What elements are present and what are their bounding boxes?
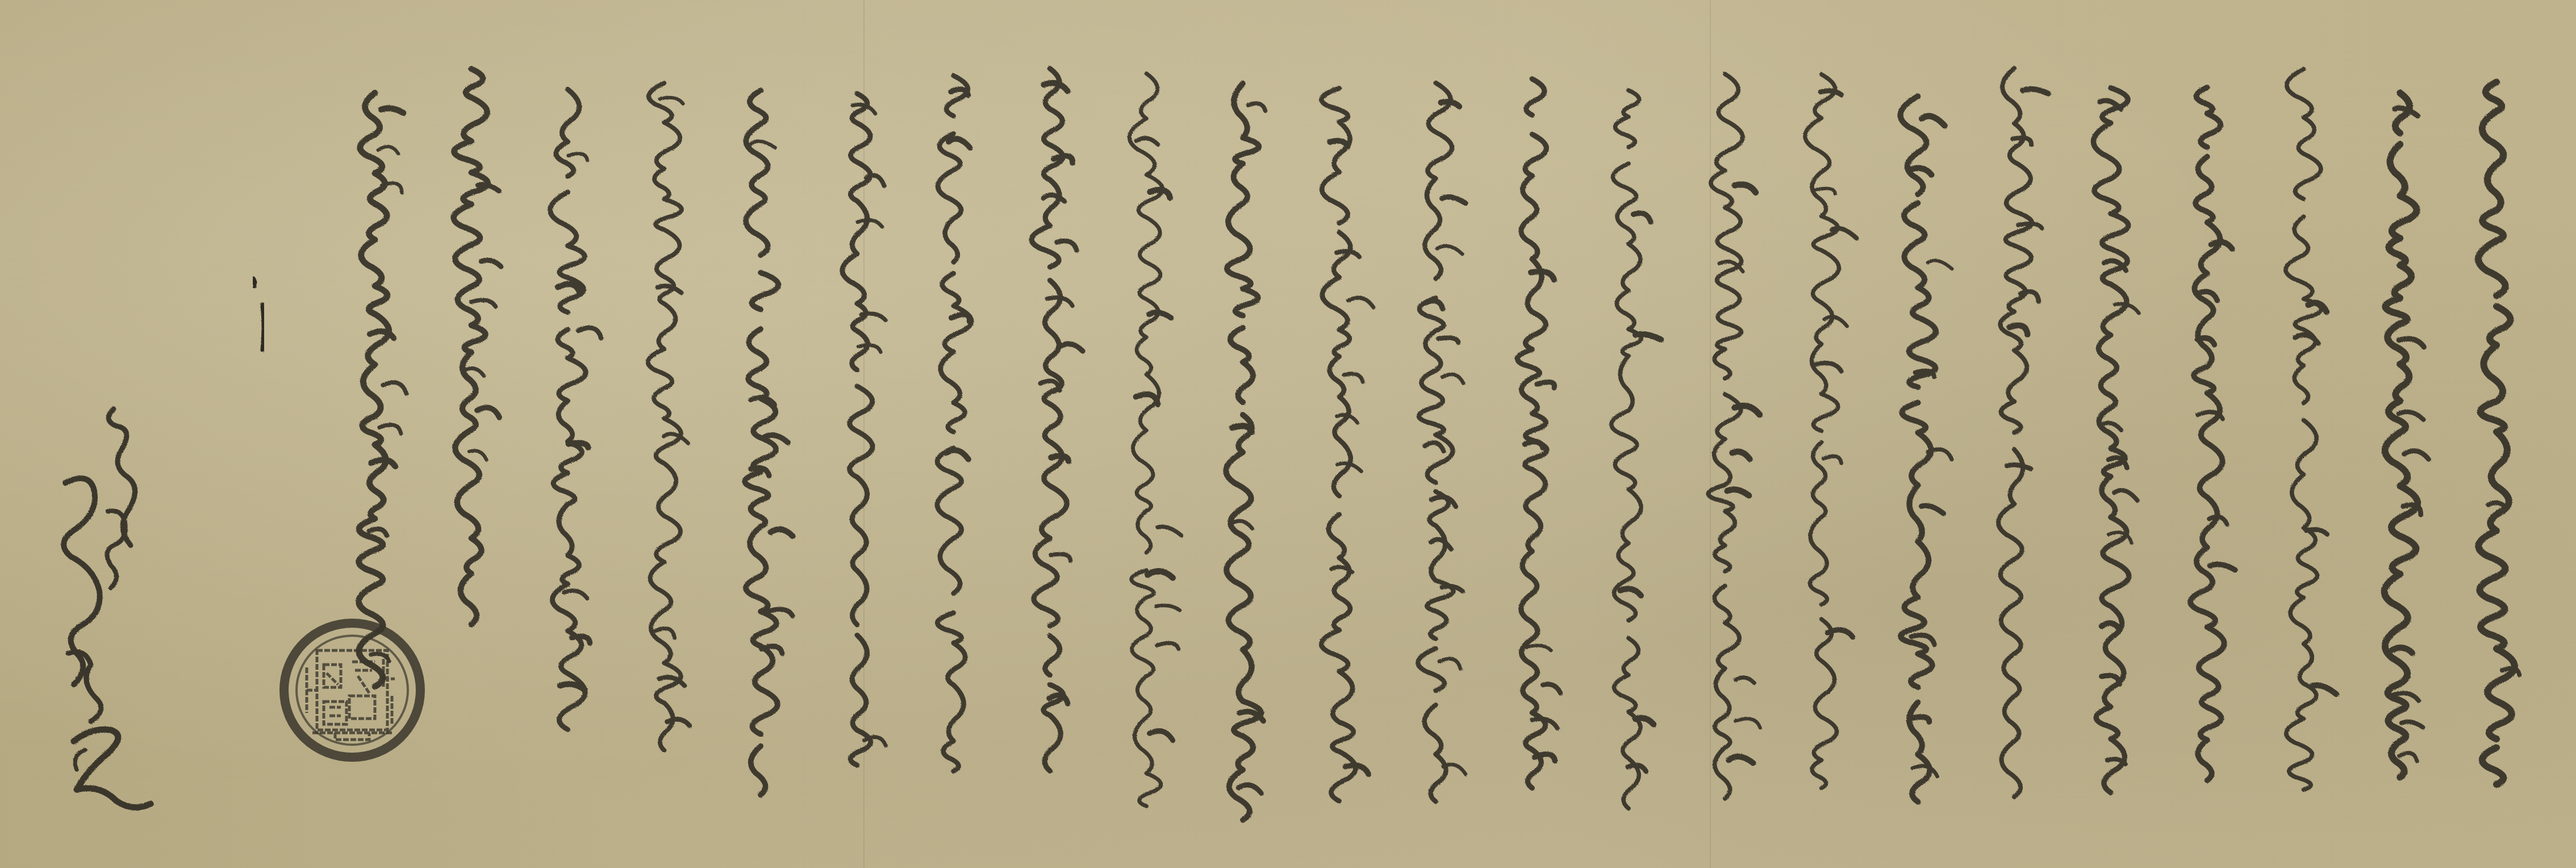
text-column	[2385, 93, 2429, 778]
text-column	[1129, 73, 1181, 806]
text-column	[1805, 74, 1857, 798]
text-column	[1418, 83, 1466, 802]
text-column	[2190, 87, 2235, 781]
text-column	[842, 94, 886, 765]
text-column	[937, 76, 971, 771]
text-column	[1321, 88, 1373, 801]
text-column	[1226, 84, 1265, 820]
text-column	[2093, 88, 2139, 793]
text-column	[648, 83, 690, 750]
letter-body-columns	[358, 68, 2519, 820]
text-column	[2286, 69, 2336, 806]
closing-marks	[253, 278, 264, 350]
text-column	[1032, 69, 1083, 791]
signature	[64, 409, 151, 807]
text-column	[2478, 82, 2519, 798]
text-column	[550, 89, 602, 729]
text-column	[745, 90, 792, 795]
text-column	[1901, 96, 1952, 802]
text-column	[1611, 90, 1661, 808]
text-column	[358, 93, 406, 686]
text-column	[1998, 68, 2048, 796]
calligraphy-ink-layer	[0, 0, 2576, 868]
text-column	[1708, 74, 1760, 798]
seal	[284, 623, 420, 757]
text-column	[454, 69, 501, 624]
text-column	[1517, 79, 1560, 807]
